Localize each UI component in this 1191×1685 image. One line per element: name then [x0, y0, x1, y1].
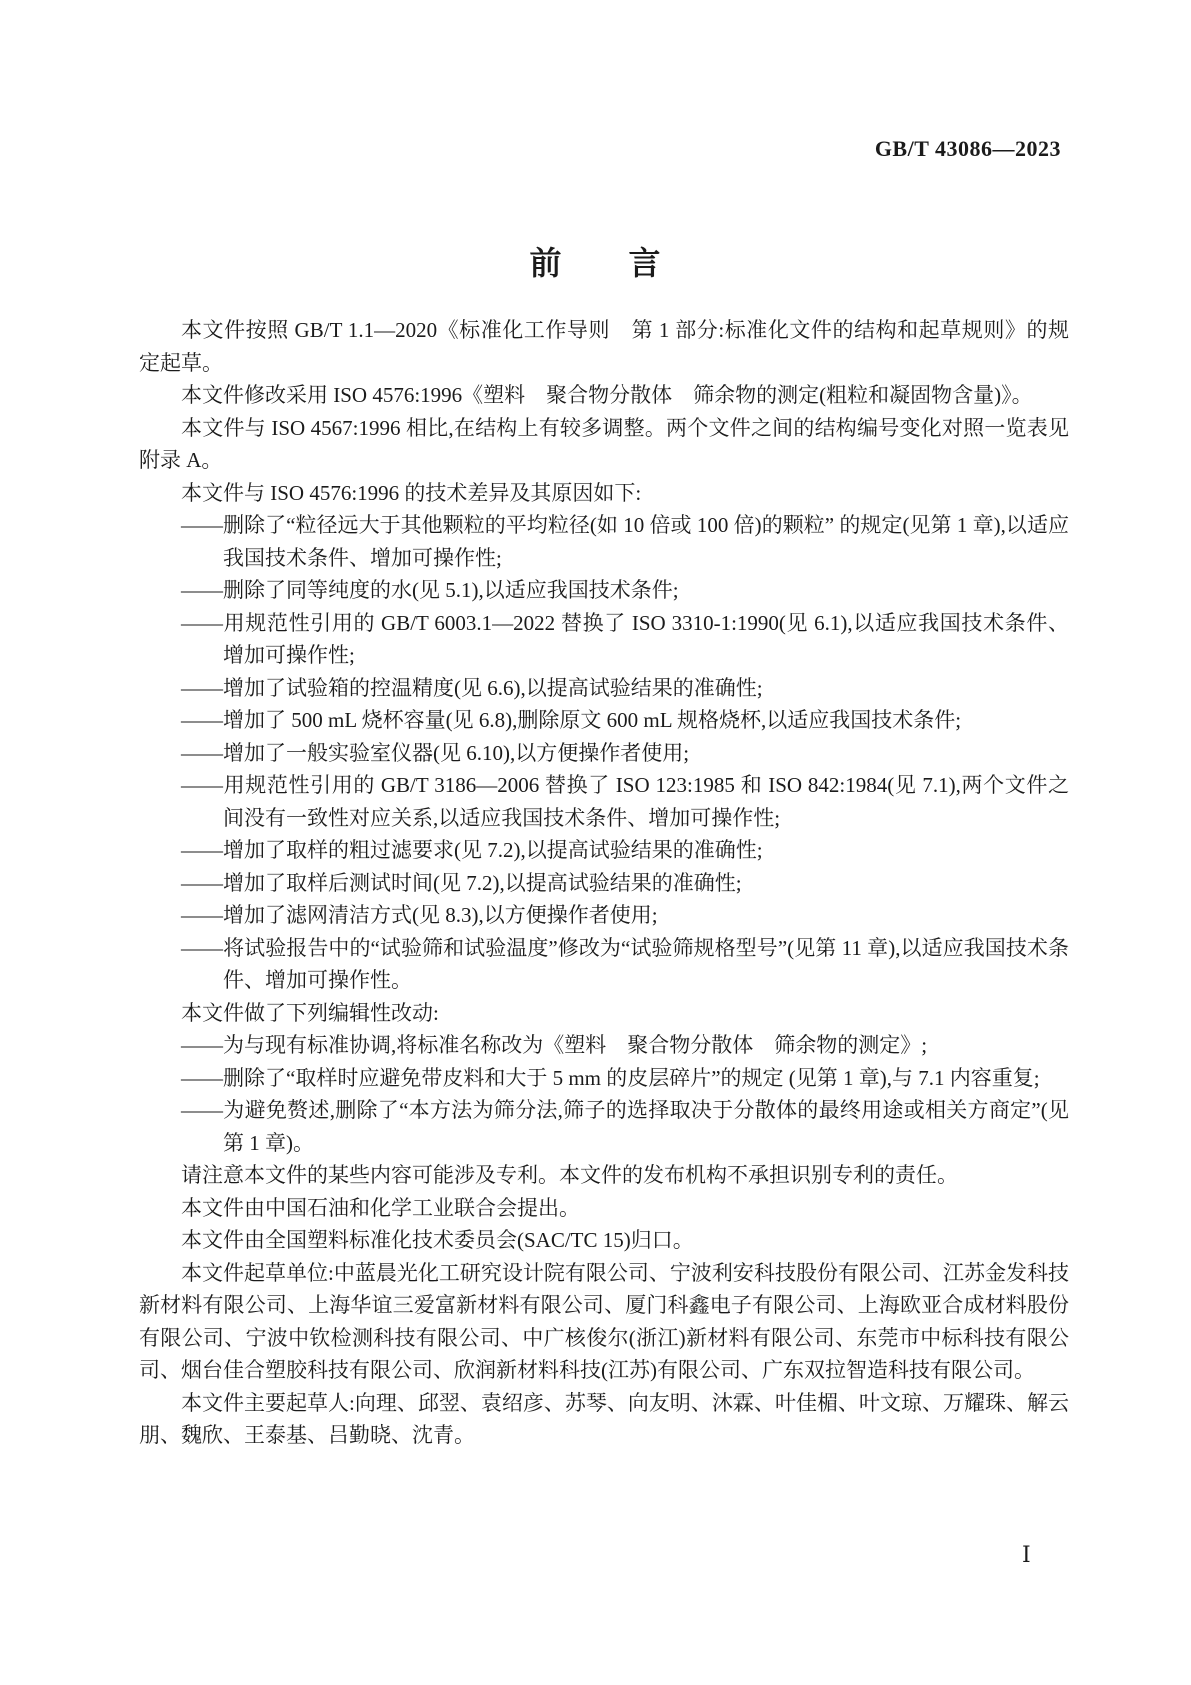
- foreword-list-item: ——增加了滤网清洁方式(见 8.3),以方便操作者使用;: [139, 899, 1069, 932]
- foreword-list-item: ——用规范性引用的 GB/T 6003.1—2022 替换了 ISO 3310-…: [139, 607, 1069, 672]
- foreword-paragraph: 本文件由中国石油和化学工业联合会提出。: [139, 1192, 1069, 1225]
- foreword-list-item: ——增加了 500 mL 烧杯容量(见 6.8),删除原文 600 mL 规格烧…: [139, 704, 1069, 737]
- foreword-paragraph: 本文件由全国塑料标准化技术委员会(SAC/TC 15)归口。: [139, 1224, 1069, 1257]
- foreword-paragraph: 本文件做了下列编辑性改动:: [139, 997, 1069, 1030]
- foreword-body: 本文件按照 GB/T 1.1—2020《标准化工作导则 第 1 部分:标准化文件…: [139, 314, 1069, 1452]
- page-title: 前 言: [0, 238, 1191, 284]
- foreword-paragraph: 本文件修改采用 ISO 4576:1996《塑料 聚合物分散体 筛余物的测定(粗…: [139, 379, 1069, 412]
- foreword-paragraph: 本文件起草单位:中蓝晨光化工研究设计院有限公司、宁波利安科技股份有限公司、江苏金…: [139, 1257, 1069, 1387]
- foreword-paragraph: 本文件主要起草人:向理、邱翌、袁绍彦、苏琴、向友明、沐霖、叶佳楣、叶文琼、万耀珠…: [139, 1387, 1069, 1452]
- document-page: GB/T 43086—2023 前 言 本文件按照 GB/T 1.1—2020《…: [0, 0, 1191, 1685]
- standard-code: GB/T 43086—2023: [875, 136, 1061, 162]
- foreword-list-item: ——增加了试验箱的控温精度(见 6.6),以提高试验结果的准确性;: [139, 672, 1069, 705]
- foreword-list-item: ——为与现有标准协调,将标准名称改为《塑料 聚合物分散体 筛余物的测定》;: [139, 1029, 1069, 1062]
- foreword-list-item: ——增加了一般实验室仪器(见 6.10),以方便操作者使用;: [139, 737, 1069, 770]
- foreword-paragraph: 本文件与 ISO 4576:1996 的技术差异及其原因如下:: [139, 477, 1069, 510]
- foreword-list-item: ——删除了“取样时应避免带皮料和大于 5 mm 的皮层碎片”的规定 (见第 1 …: [139, 1062, 1069, 1095]
- page-number: Ⅰ: [1022, 1542, 1031, 1568]
- foreword-list-item: ——删除了“粒径远大于其他颗粒的平均粒径(如 10 倍或 100 倍)的颗粒” …: [139, 509, 1069, 574]
- foreword-list-item: ——增加了取样后测试时间(见 7.2),以提高试验结果的准确性;: [139, 867, 1069, 900]
- foreword-list-item: ——删除了同等纯度的水(见 5.1),以适应我国技术条件;: [139, 574, 1069, 607]
- foreword-list-item: ——增加了取样的粗过滤要求(见 7.2),以提高试验结果的准确性;: [139, 834, 1069, 867]
- foreword-list-item: ——将试验报告中的“试验筛和试验温度”修改为“试验筛规格型号”(见第 11 章)…: [139, 932, 1069, 997]
- foreword-list-item: ——为避免赘述,删除了“本方法为筛分法,筛子的选择取决于分散体的最终用途或相关方…: [139, 1094, 1069, 1159]
- foreword-paragraph: 请注意本文件的某些内容可能涉及专利。本文件的发布机构不承担识别专利的责任。: [139, 1159, 1069, 1192]
- foreword-paragraph: 本文件与 ISO 4567:1996 相比,在结构上有较多调整。两个文件之间的结…: [139, 412, 1069, 477]
- foreword-paragraph: 本文件按照 GB/T 1.1—2020《标准化工作导则 第 1 部分:标准化文件…: [139, 314, 1069, 379]
- foreword-list-item: ——用规范性引用的 GB/T 3186—2006 替换了 ISO 123:198…: [139, 769, 1069, 834]
